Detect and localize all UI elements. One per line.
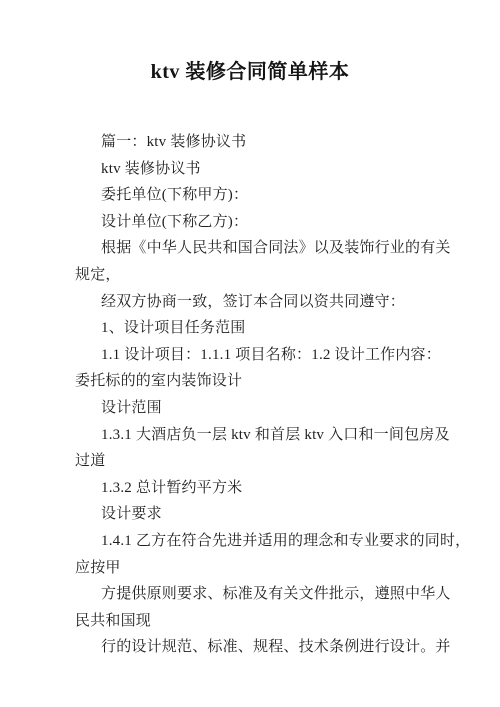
text-line: 民共和国现 — [75, 608, 434, 635]
text-line: 篇一：ktv 装修协议书 — [75, 129, 434, 156]
document-page: ktv 装修合同简单样本 篇一：ktv 装修协议书ktv 装修协议书委托单位(下… — [0, 0, 500, 707]
text-line: 1.3.1 大酒店负一层 ktv 和首层 ktv 入口和一间包房及 — [75, 422, 434, 449]
text-line: 委托单位(下称甲方)： — [75, 182, 434, 209]
text-line: 行的设计规范、标准、规程、技术条例进行设计。并 — [75, 634, 434, 661]
text-line: 根据《中华人民共和国合同法》以及装饰行业的有关 — [75, 235, 434, 262]
text-line: 应按甲 — [75, 555, 434, 582]
document-title: ktv 装修合同简单样本 — [0, 0, 500, 86]
text-line: 经双方协商一致，签订本合同以资共同遵守： — [75, 289, 434, 316]
text-line: 设计单位(下称乙方)： — [75, 209, 434, 236]
text-line: 设计范围 — [75, 395, 434, 422]
text-line: 1.4.1 乙方在符合先进并适用的理念和专业要求的同时， — [75, 528, 434, 555]
text-line: 方提供原则要求、标准及有关文件批示，遵照中华人 — [75, 581, 434, 608]
text-line: 1.1 设计项目：1.1.1 项目名称：1.2 设计工作内容： — [75, 342, 434, 369]
document-body: 篇一：ktv 装修协议书ktv 装修协议书委托单位(下称甲方)：设计单位(下称乙… — [0, 129, 500, 661]
text-line: 1、设计项目任务范围 — [75, 315, 434, 342]
text-line: 设计要求 — [75, 501, 434, 528]
text-line: 1.3.2 总计暂约平方米 — [75, 475, 434, 502]
text-line: ktv 装修协议书 — [75, 156, 434, 183]
text-line: 委托标的的室内装饰设计 — [75, 368, 434, 395]
text-line: 规定， — [75, 262, 434, 289]
text-line: 过道 — [75, 448, 434, 475]
